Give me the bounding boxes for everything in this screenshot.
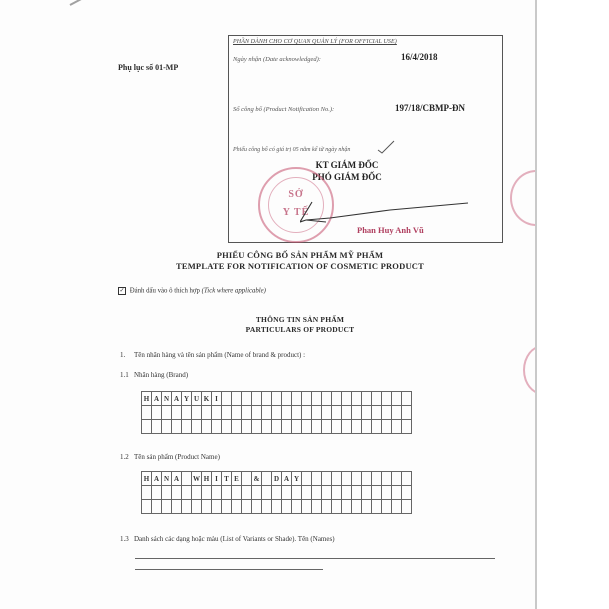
letter-cell[interactable]: E [232,472,242,486]
letter-cell[interactable] [402,486,412,500]
letter-cell[interactable] [342,486,352,500]
letter-cell[interactable] [232,486,242,500]
letter-cell[interactable] [152,406,162,420]
letter-cell[interactable] [332,392,342,406]
letter-cell[interactable] [362,500,372,514]
letter-cell[interactable] [192,500,202,514]
letter-cell[interactable]: A [172,472,182,486]
letter-cell[interactable] [272,392,282,406]
letter-cell[interactable] [402,392,412,406]
letter-cell[interactable] [142,500,152,514]
letter-cell[interactable]: U [192,392,202,406]
letter-cell[interactable]: T [222,472,232,486]
letter-cell[interactable] [402,500,412,514]
letter-cell[interactable] [382,486,392,500]
letter-cell[interactable] [332,420,342,434]
letter-cell[interactable] [352,500,362,514]
letter-cell[interactable] [322,500,332,514]
letter-cell[interactable] [352,420,362,434]
letter-cell[interactable]: Y [182,392,192,406]
letter-cell[interactable] [262,420,272,434]
letter-cell[interactable] [372,392,382,406]
letter-cell[interactable] [152,420,162,434]
letter-cell[interactable] [292,500,302,514]
letter-cell[interactable] [242,420,252,434]
letter-cell[interactable] [402,406,412,420]
letter-cell[interactable] [272,500,282,514]
letter-cell[interactable] [262,472,272,486]
letter-cell[interactable]: & [252,472,262,486]
letter-cell[interactable] [252,500,262,514]
letter-cell[interactable] [272,486,282,500]
letter-cell[interactable] [152,500,162,514]
letter-cell[interactable] [302,500,312,514]
letter-cell[interactable] [232,500,242,514]
letter-cell[interactable] [312,392,322,406]
letter-cell[interactable] [332,486,342,500]
letter-cell[interactable] [202,406,212,420]
letter-cell[interactable] [212,500,222,514]
letter-cell[interactable] [332,472,342,486]
letter-cell[interactable] [312,406,322,420]
letter-cell[interactable] [172,500,182,514]
letter-cell[interactable]: I [212,392,222,406]
letter-cell[interactable] [162,500,172,514]
letter-cell[interactable] [202,500,212,514]
letter-cell[interactable] [272,406,282,420]
tick-instruction: ✓ Đánh dấu vào ô thích hợp (Tick where a… [118,287,266,295]
letter-cell[interactable] [302,486,312,500]
letter-cell[interactable] [372,472,382,486]
letter-cell[interactable] [142,486,152,500]
letter-cell[interactable] [262,500,272,514]
letter-cell[interactable] [212,486,222,500]
letter-cell[interactable] [252,420,262,434]
section-title-en: PARTICULARS OF PRODUCT [100,325,500,334]
notification-number-label: Số công bố (Product Notification No.): [233,106,334,113]
tick-mark-icon [377,140,395,154]
letter-cell[interactable] [252,406,262,420]
letter-cell[interactable] [322,420,332,434]
letter-cell[interactable] [222,486,232,500]
letter-cell[interactable] [262,406,272,420]
letter-cell[interactable] [342,392,352,406]
letter-cell[interactable] [182,420,192,434]
letter-cell[interactable] [202,486,212,500]
letter-cell[interactable]: A [282,472,292,486]
letter-cell[interactable] [232,406,242,420]
stamp-text-1: SỞ [260,189,332,200]
letter-cell[interactable] [182,406,192,420]
letter-cell[interactable] [402,472,412,486]
letter-cell[interactable] [182,472,192,486]
letter-cell[interactable] [322,486,332,500]
letter-cell[interactable] [182,486,192,500]
letter-cell[interactable] [162,486,172,500]
letter-cell[interactable] [182,500,192,514]
letter-cell[interactable] [172,420,182,434]
letter-cell[interactable] [202,420,212,434]
letter-cell[interactable] [322,472,332,486]
letter-cell[interactable] [362,472,372,486]
letter-cell[interactable] [142,406,152,420]
letter-cell[interactable] [282,486,292,500]
letter-cell[interactable] [362,406,372,420]
letter-cell[interactable] [382,392,392,406]
letter-cell[interactable] [162,420,172,434]
letter-cell[interactable]: A [152,392,162,406]
letter-cell[interactable] [172,406,182,420]
letter-cell[interactable] [352,406,362,420]
letter-cell[interactable] [192,406,202,420]
appendix-label: Phụ lục số 01-MP [118,63,178,72]
notification-number-value: 197/18/CBMP-ĐN [395,103,465,113]
letter-cell[interactable]: W [192,472,202,486]
signature-icon [300,200,470,230]
letter-cell[interactable] [342,406,352,420]
letter-cell[interactable] [362,486,372,500]
checkbox-icon: ✓ [118,287,126,295]
letter-cell[interactable]: H [142,392,152,406]
date-acknowledged-value: 16/4/2018 [401,52,438,62]
letter-cell[interactable] [312,472,322,486]
letter-cell[interactable] [382,500,392,514]
pen-mark [70,0,92,6]
document-title-en: TEMPLATE FOR NOTIFICATION OF COSMETIC PR… [100,261,500,271]
letter-cell[interactable] [352,472,362,486]
tick-instruction-en: (Tick where applicable) [202,288,266,295]
letter-cell[interactable] [342,420,352,434]
letter-cell[interactable] [352,486,362,500]
product-name-grid: HANAWHITE&DAY [141,471,412,514]
letter-cell[interactable]: Y [292,472,302,486]
letter-cell[interactable] [372,406,382,420]
letter-cell[interactable] [352,392,362,406]
letter-cell[interactable] [322,406,332,420]
letter-cell[interactable] [342,500,352,514]
letter-cell[interactable] [392,420,402,434]
letter-cell[interactable] [192,420,202,434]
letter-cell[interactable]: H [142,472,152,486]
letter-cell[interactable]: I [212,472,222,486]
letter-cell[interactable] [212,420,222,434]
variants-fill-line[interactable] [135,558,495,559]
letter-cell[interactable] [232,420,242,434]
letter-cell[interactable] [342,472,352,486]
letter-cell[interactable] [252,486,262,500]
letter-cell[interactable] [222,500,232,514]
validity-note: Phiếu công bố có giá trị 05 năm kể từ ng… [233,147,350,153]
letter-cell[interactable]: A [172,392,182,406]
document-title-vi: PHIẾU CÔNG BỐ SẢN PHẨM MỸ PHẨM [100,250,500,260]
letter-cell[interactable] [292,486,302,500]
letter-cell[interactable]: H [202,472,212,486]
letter-cell[interactable] [162,406,172,420]
letter-cell[interactable]: N [162,472,172,486]
letter-cell[interactable] [302,406,312,420]
letter-cell[interactable] [262,486,272,500]
letter-cell[interactable]: K [202,392,212,406]
letter-cell[interactable] [392,500,402,514]
letter-cell[interactable] [372,420,382,434]
letter-cell[interactable] [332,500,342,514]
letter-cell[interactable] [392,406,402,420]
letter-cell[interactable] [362,420,372,434]
letter-cell[interactable] [292,392,302,406]
letter-cell[interactable] [312,420,322,434]
variants-fill-line[interactable] [135,569,323,570]
letter-cell[interactable] [222,420,232,434]
letter-cell[interactable] [392,486,402,500]
letter-cell[interactable] [312,500,322,514]
date-acknowledged-label: Ngày nhận (Date acknowledged): [233,56,321,63]
letter-cell[interactable] [392,392,402,406]
letter-cell[interactable] [332,406,342,420]
letter-cell[interactable]: D [272,472,282,486]
letter-cell[interactable] [282,392,292,406]
letter-cell[interactable] [382,420,392,434]
page-margin [537,0,609,609]
letter-cell[interactable] [242,500,252,514]
item-1-2: 1.2Tên sản phẩm (Product Name) [120,453,220,461]
letter-cell[interactable] [322,392,332,406]
item-1-3: 1.3Danh sách các dạng hoặc màu (List of … [120,535,335,543]
letter-cell[interactable]: N [162,392,172,406]
letter-cell[interactable] [172,486,182,500]
letter-cell[interactable] [282,500,292,514]
letter-cell[interactable] [402,420,412,434]
item-1-1: 1.1Nhãn hàng (Brand) [120,371,188,379]
letter-cell[interactable] [292,420,302,434]
official-box-header: PHẦN DÀNH CHO CƠ QUAN QUẢN LÝ (FOR OFFIC… [233,39,397,45]
letter-cell[interactable] [242,472,252,486]
letter-cell[interactable] [312,486,322,500]
letter-cell[interactable] [192,486,202,500]
letter-cell[interactable] [262,392,272,406]
letter-cell[interactable] [302,472,312,486]
letter-cell[interactable] [372,486,382,500]
letter-cell[interactable]: A [152,472,162,486]
page-edge [535,0,537,609]
letter-cell[interactable] [372,500,382,514]
letter-cell[interactable] [242,486,252,500]
letter-cell[interactable] [222,406,232,420]
letter-cell[interactable] [302,392,312,406]
letter-cell[interactable] [152,486,162,500]
letter-cell[interactable] [382,406,392,420]
letter-cell[interactable] [382,472,392,486]
letter-cell[interactable] [292,406,302,420]
letter-cell[interactable] [282,406,292,420]
letter-cell[interactable] [252,392,262,406]
section-title-vi: THÔNG TIN SẢN PHẨM [100,315,500,324]
letter-cell[interactable] [362,392,372,406]
letter-cell[interactable] [242,406,252,420]
letter-cell[interactable] [302,420,312,434]
tick-instruction-vi: Đánh dấu vào ô thích hợp [130,288,200,295]
letter-cell[interactable] [212,406,222,420]
letter-cell[interactable] [142,420,152,434]
letter-cell[interactable] [222,392,232,406]
item-1: 1.Tên nhãn hàng và tên sản phẩm (Name of… [120,351,305,359]
letter-cell[interactable] [272,420,282,434]
letter-cell[interactable] [392,472,402,486]
letter-cell[interactable] [282,420,292,434]
letter-cell[interactable] [232,392,242,406]
brand-grid: HANAYUKI [141,391,412,434]
letter-cell[interactable] [242,392,252,406]
